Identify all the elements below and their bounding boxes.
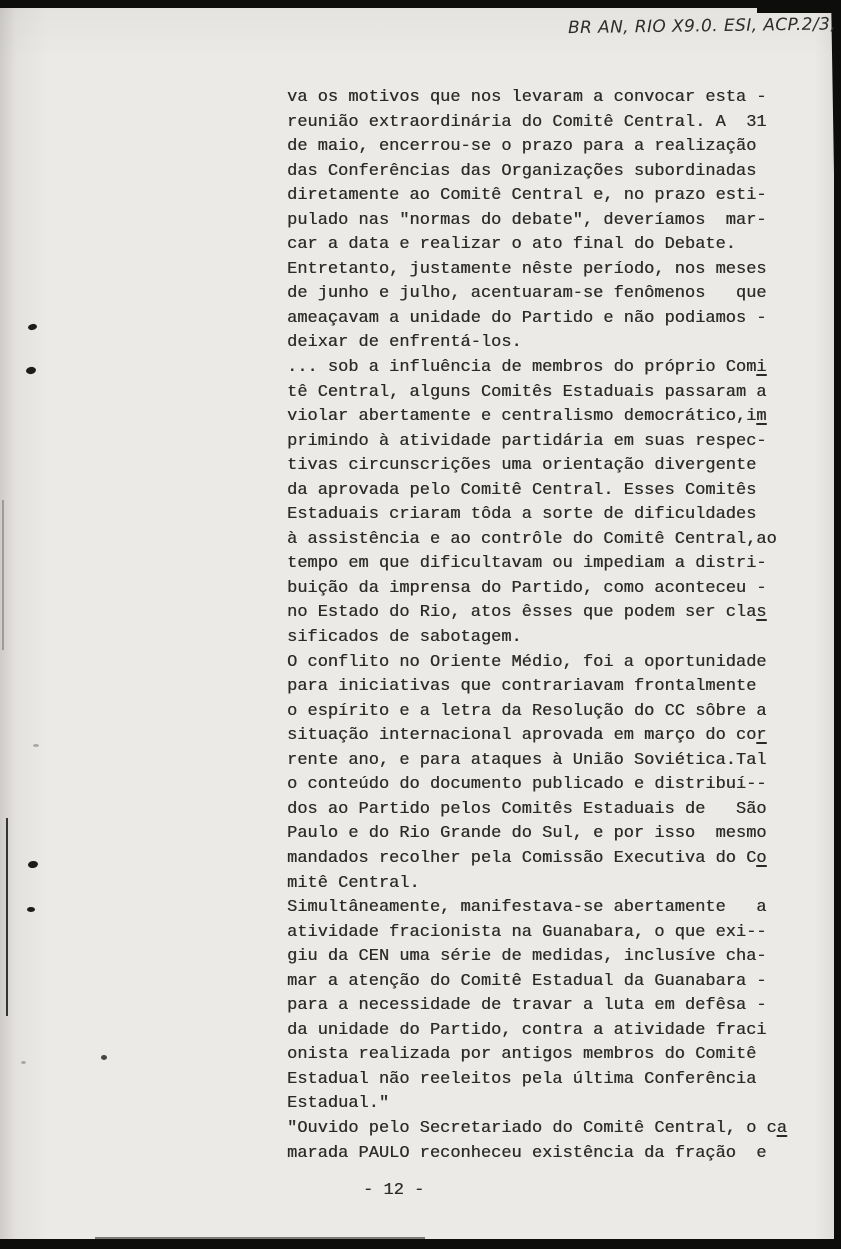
ink-smudge [33, 744, 39, 747]
text-line: da unidade do Partido, contra a atividad… [287, 1019, 797, 1044]
text-line: de maio, encerrou-se o prazo para a real… [287, 135, 797, 160]
scan-streak [2, 500, 4, 650]
text-line: reunião extraordinária do Comitê Central… [287, 111, 797, 136]
text-line: car a data e realizar o ato final do Deb… [287, 233, 797, 258]
text-line: tempo em que dificultavam ou impediam a … [287, 552, 797, 577]
scan-streak [6, 818, 8, 1016]
text-line: tê Central, alguns Comitês Estaduais pas… [287, 381, 797, 406]
ink-spot [101, 1055, 107, 1060]
text-line: sificados de sabotagem. [287, 626, 797, 651]
text-line: Paulo e do Rio Grande do Sul, e por isso… [287, 822, 797, 847]
scan-border-top [0, 0, 841, 8]
text-line: para iniciativas que contrariavam fronta… [287, 675, 797, 700]
typewritten-text: va os motivos que nos levaram a convocar… [287, 86, 797, 1166]
text-line: O conflito no Oriente Médio, foi a oport… [287, 651, 797, 676]
text-line: tivas circunscrições uma orientação dive… [287, 454, 797, 479]
text-line: primindo à atividade partidária em suas … [287, 430, 797, 455]
ink-spot [27, 907, 35, 912]
text-line: mitê Central. [287, 872, 797, 897]
scanned-document-page: BR AN, RIO X9.0. ESI, ACP.2/3, p.12 va o… [0, 0, 841, 1249]
text-line: Estaduais criaram tôda a sorte de dificu… [287, 503, 797, 528]
text-line: mandados recolher pela Comissão Executiv… [287, 847, 797, 872]
text-line: o espírito e a letra da Resolução do CC … [287, 700, 797, 725]
text-line: das Conferências das Organizações subord… [287, 160, 797, 185]
text-line: Simultâneamente, manifestava-se abertame… [287, 896, 797, 921]
text-line: giu da CEN uma série de medidas, inclusí… [287, 945, 797, 970]
text-line: pulado nas "normas do debate", deveríamo… [287, 209, 797, 234]
text-line: Estadual." [287, 1092, 797, 1117]
text-line: marada PAULO reconheceu existência da fr… [287, 1142, 797, 1167]
text-line: violar abertamente e centralismo democrá… [287, 405, 797, 430]
ink-spot [28, 860, 39, 868]
text-line: diretamente ao Comitê Central e, no praz… [287, 184, 797, 209]
text-line: va os motivos que nos levaram a convocar… [287, 86, 797, 111]
text-line: de junho e julho, acentuaram-se fenômeno… [287, 282, 797, 307]
scan-border-right-wedge [824, 0, 841, 310]
text-line: para a necessidade de travar a luta em d… [287, 994, 797, 1019]
ink-spot [25, 366, 36, 375]
text-line: buição da imprensa do Partido, como acon… [287, 577, 797, 602]
text-line: situação internacional aprovada em março… [287, 724, 797, 749]
text-line: atividade fracionista na Guanabara, o qu… [287, 921, 797, 946]
scan-border-top-right [757, 0, 841, 13]
page-number: - 12 - [363, 1181, 424, 1200]
text-line: rente ano, e para ataques à União Soviét… [287, 749, 797, 774]
text-line: ameaçavam a unidade do Partido e não pod… [287, 307, 797, 332]
text-line: ... sob a influência de membros do própr… [287, 356, 797, 381]
text-line: à assistência e ao contrôle do Comitê Ce… [287, 528, 797, 553]
ink-smudge [21, 1061, 26, 1064]
text-line: "Ouvido pelo Secretariado do Comitê Cent… [287, 1117, 797, 1142]
archive-reference-annotation: BR AN, RIO X9.0. ESI, ACP.2/3, p.12 [568, 14, 841, 38]
text-line: o conteúdo do documento publicado e dist… [287, 773, 797, 798]
text-line: onista realizada por antigos membros do … [287, 1043, 797, 1068]
scan-border-bottom-seam [95, 1237, 425, 1239]
scan-border-bottom [0, 1239, 841, 1249]
text-line: mar a atenção do Comitê Estadual da Guan… [287, 970, 797, 995]
ink-spot [27, 323, 37, 331]
text-line: no Estado do Rio, atos êsses que podem s… [287, 601, 797, 626]
text-line: deixar de enfrentá-los. [287, 331, 797, 356]
text-line: Estadual não reeleitos pela última Confe… [287, 1068, 797, 1093]
text-line: dos ao Partido pelos Comitês Estaduais d… [287, 798, 797, 823]
text-line: da aprovada pelo Comitê Central. Esses C… [287, 479, 797, 504]
text-line: Entretanto, justamente nêste período, no… [287, 258, 797, 283]
